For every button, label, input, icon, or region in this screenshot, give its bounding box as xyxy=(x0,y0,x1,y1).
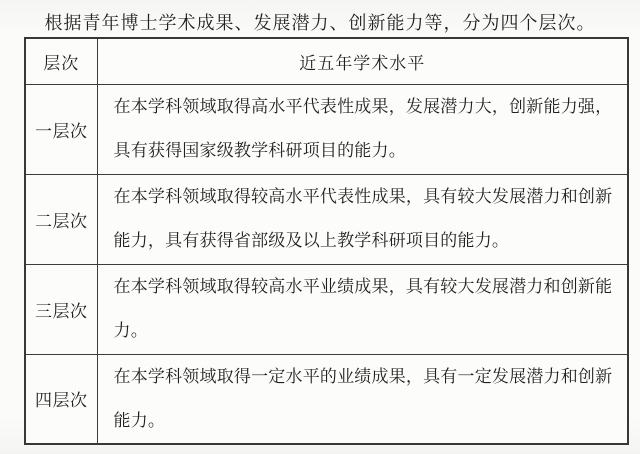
table-row: 四层次 在本学科领域取得一定水平的业绩成果，具有一定发展潜力和创新能力。 xyxy=(25,354,628,444)
level-description: 在本学科领域取得高水平代表性成果，发展潜力大，创新能力强，具有获得国家级教学科研… xyxy=(97,84,628,174)
level-description: 在本学科领域取得一定水平的业绩成果，具有一定发展潜力和创新能力。 xyxy=(97,354,628,444)
level-description: 在本学科领域取得较高水平代表性成果，具有较大发展潜力和创新能力，具有获得省部级及… xyxy=(97,174,628,264)
table-row: 二层次 在本学科领域取得较高水平代表性成果，具有较大发展潜力和创新能力，具有获得… xyxy=(25,174,628,264)
level-label: 一层次 xyxy=(25,84,97,174)
level-label: 四层次 xyxy=(25,354,97,444)
table-row: 一层次 在本学科领域取得高水平代表性成果，发展潜力大，创新能力强，具有获得国家级… xyxy=(25,84,628,174)
header-academic: 近五年学术水平 xyxy=(97,38,628,84)
header-level: 层次 xyxy=(25,38,97,84)
level-label: 三层次 xyxy=(25,264,97,354)
document-page: 根据青年博士学术成果、发展潜力、创新能力等，分为四个层次。 层次 近五年学术水平… xyxy=(0,0,640,454)
level-label: 二层次 xyxy=(25,174,97,264)
level-description: 在本学科领域取得较高水平业绩成果，具有较大发展潜力和创新能力。 xyxy=(97,264,628,354)
intro-text: 根据青年博士学术成果、发展潜力、创新能力等，分为四个层次。 xyxy=(0,9,640,35)
levels-table: 层次 近五年学术水平 一层次 在本学科领域取得高水平代表性成果，发展潜力大，创新… xyxy=(24,37,629,445)
table-row: 三层次 在本学科领域取得较高水平业绩成果，具有较大发展潜力和创新能力。 xyxy=(25,264,628,354)
table-header-row: 层次 近五年学术水平 xyxy=(25,38,628,84)
